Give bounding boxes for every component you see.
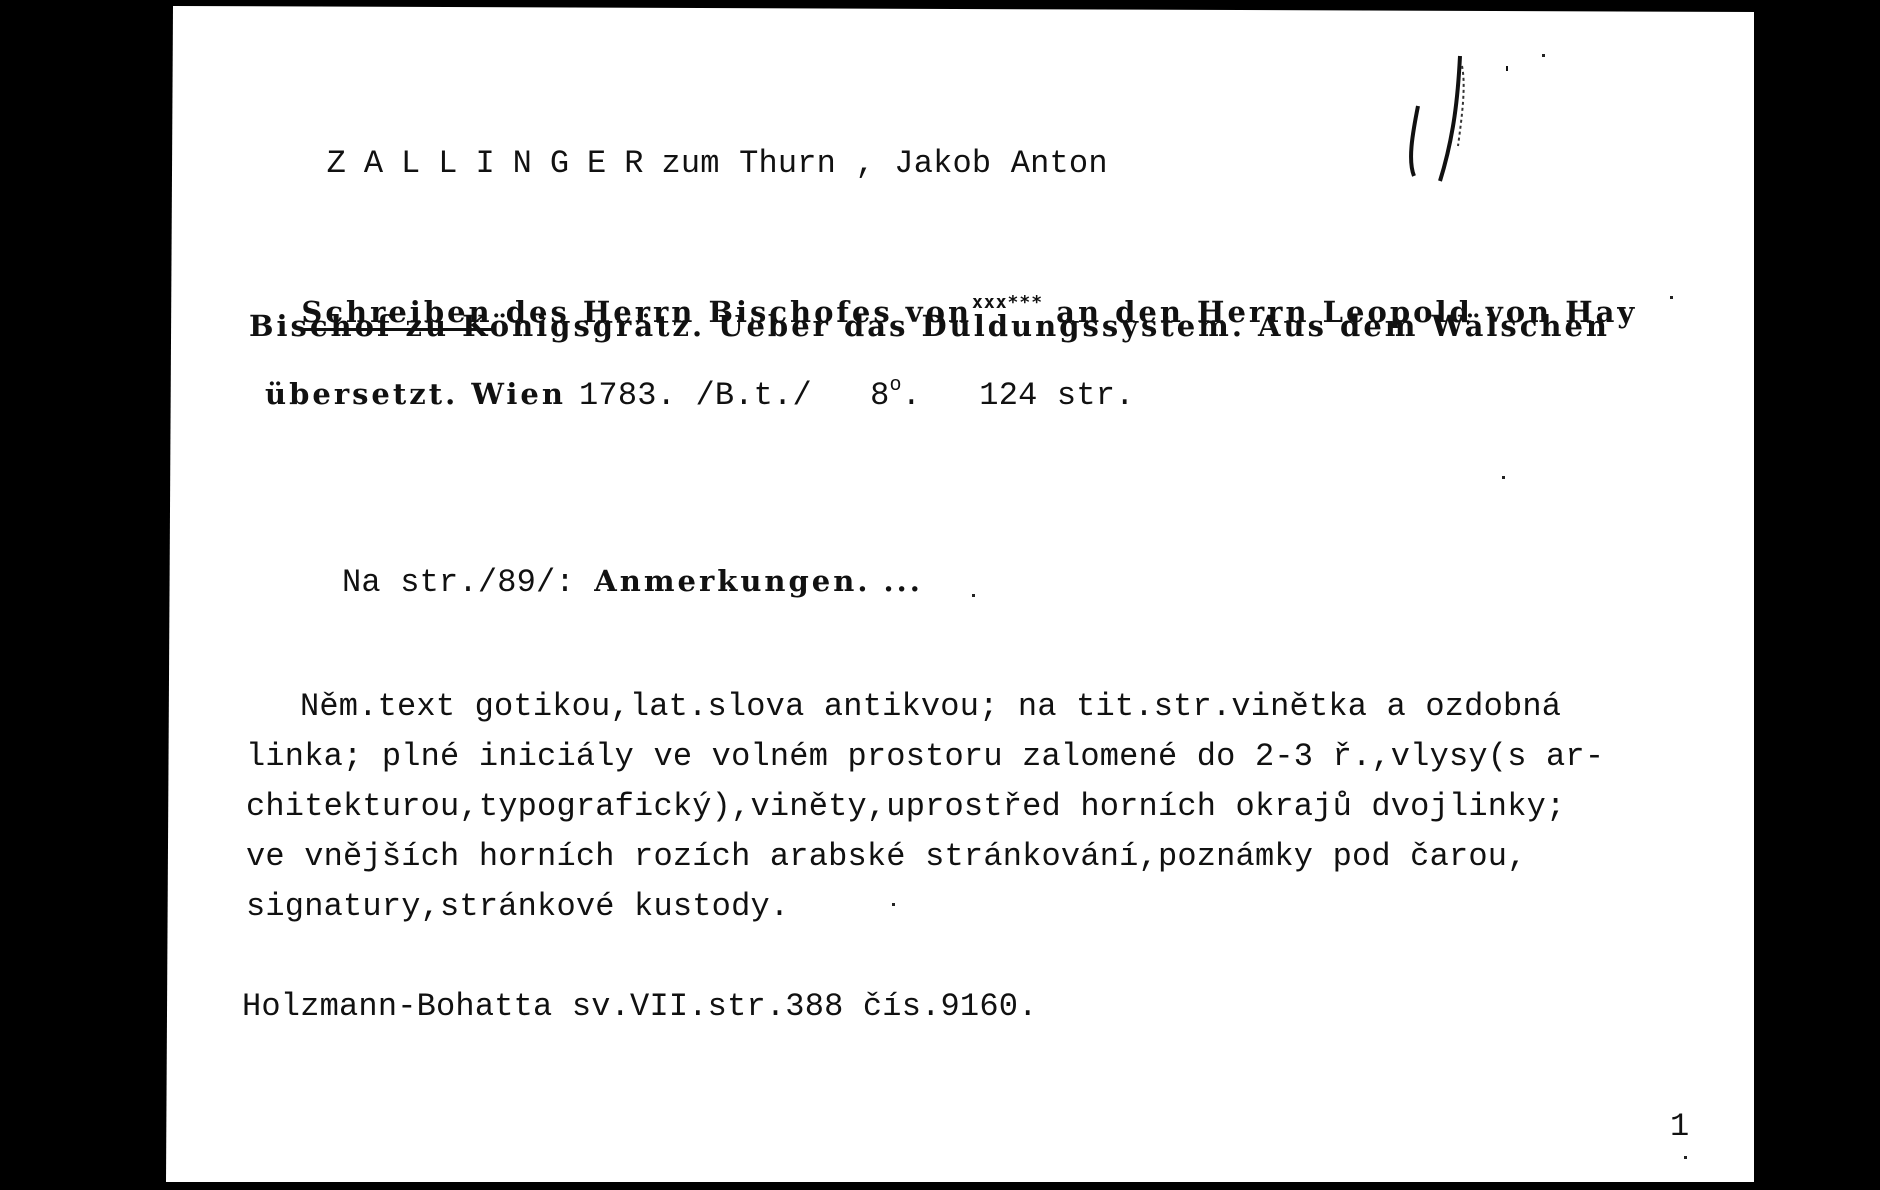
imprint: 1783. /B.t./ 8 xyxy=(579,377,889,414)
description-line-3: chitekturou,typografický),viněty,uprostř… xyxy=(246,788,1565,825)
scan-speck xyxy=(892,903,895,906)
card-heading: ZALLINGERzum Thurn , Jakob Anton xyxy=(249,108,1108,219)
page-count: . 124 str. xyxy=(902,377,1135,414)
scan-speck xyxy=(972,594,975,597)
catalog-card: ZALLINGERzum Thurn , Jakob Anton Schreib… xyxy=(166,6,1754,1182)
author-rest: zum Thurn , Jakob Anton xyxy=(661,145,1107,182)
scan-speck xyxy=(1684,1156,1687,1159)
title-line-3: übersetzt. Wien 1783. /B.t./ 8o. 124 str… xyxy=(249,356,1135,432)
scan-speck xyxy=(1502,476,1505,479)
title-line-2: Bischof zu Königsgrätz. Ueber das Duldun… xyxy=(249,309,1610,343)
scan-speck xyxy=(1670,296,1673,299)
handwritten-mark-icon xyxy=(1388,46,1508,186)
description-line-5: signatury,stránkové kustody. xyxy=(246,888,789,925)
author-surname: ZALLINGER xyxy=(327,145,662,182)
card-number: 1 xyxy=(1670,1108,1689,1145)
description-line-4: ve vnějších horních rozích arabské strán… xyxy=(246,838,1527,875)
description-line-2: linka; plné iniciály ve volném prostoru … xyxy=(246,738,1604,775)
scan-speck xyxy=(1542,54,1545,57)
note-line: Na str./89/: Anmerkungen. ... xyxy=(326,546,923,619)
bibliographic-reference: Holzmann-Bohatta sv.VII.str.388 čís.9160… xyxy=(242,988,1038,1025)
description-line-1: Něm.text gotikou,lat.slova antikvou; na … xyxy=(300,688,1561,725)
